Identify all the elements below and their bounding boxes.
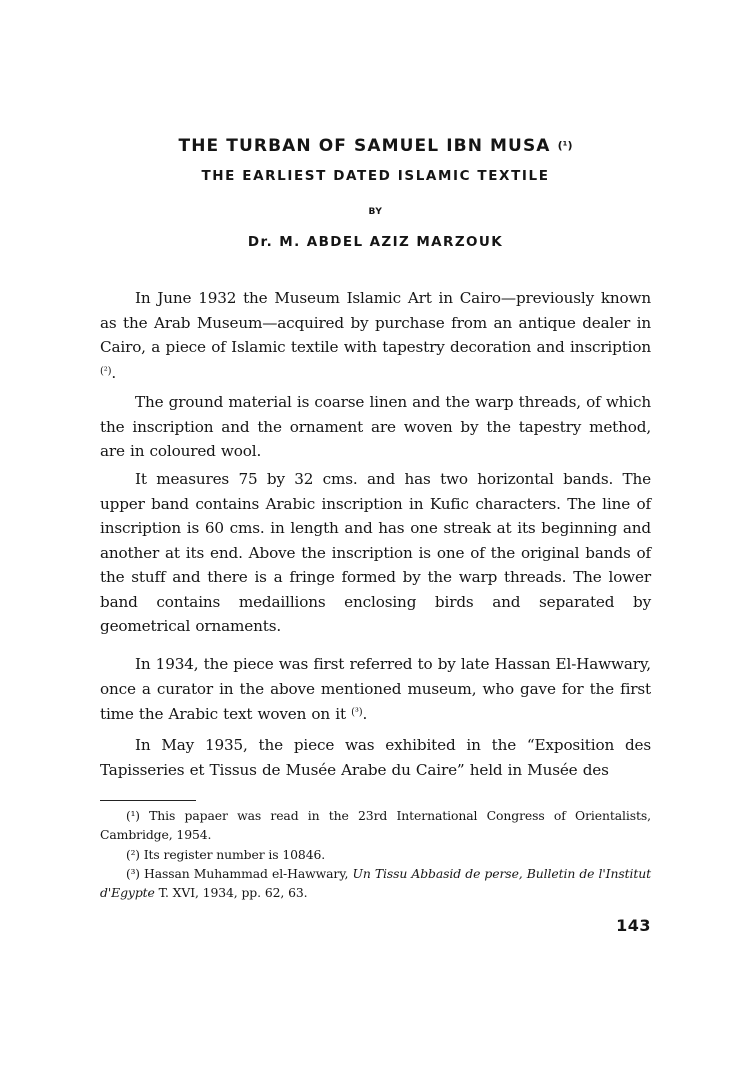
- title-footnote-mark: (¹): [558, 139, 573, 152]
- footnote-author: Hassan Muhammad el-Hawwary,: [144, 866, 348, 881]
- paragraph-text: In June 1932 the Museum Islamic Art in C…: [100, 289, 651, 356]
- paragraph-measurements: It measures 75 by 32 cms. and has two ho…: [100, 467, 651, 639]
- page-number: 143: [611, 916, 651, 935]
- footnote-citation-details: T. XVI, 1934, pp. 62, 63.: [159, 885, 308, 900]
- title-text: THE TURBAN OF SAMUEL IBN MUSA: [179, 136, 551, 156]
- footnote-mark: (³): [126, 867, 140, 881]
- paragraph-tail: .: [111, 364, 116, 382]
- paragraph-first-reference: In 1934, the piece was first referred to…: [100, 652, 651, 727]
- footnote-2: (²) Its register number is 10846.: [100, 846, 651, 865]
- footnote-text: This papaer was read in the 23rd Interna…: [100, 808, 651, 842]
- by-line: BY: [100, 207, 651, 217]
- footnote-ref-3: (³): [351, 707, 362, 718]
- author-name: Dr. M. ABDEL AZIZ MARZOUK: [100, 234, 651, 250]
- paragraph-tail: .: [362, 705, 367, 723]
- footnote-mark: (¹): [126, 809, 140, 823]
- paragraph-text: It measures 75 by 32 cms. and has two ho…: [100, 470, 651, 635]
- paragraph-text: The ground material is coarse linen and …: [100, 393, 651, 460]
- footnote-ref-2: (²): [100, 366, 111, 377]
- footnote-3: (³) Hassan Muhammad el-Hawwary, Un Tissu…: [100, 865, 651, 902]
- footnote-mark: (²): [126, 848, 140, 862]
- paragraph-text: In May 1935, the piece was exhibited in …: [100, 736, 651, 779]
- article-subtitle: THE EARLIEST DATED ISLAMIC TEXTILE: [100, 168, 651, 184]
- paragraph-exhibition: In May 1935, the piece was exhibited in …: [100, 733, 651, 782]
- article-title: THE TURBAN OF SAMUEL IBN MUSA (¹): [100, 136, 651, 156]
- footnote-divider: [100, 800, 196, 801]
- footnote-1: (¹) This papaer was read in the 23rd Int…: [100, 807, 651, 844]
- paragraph-text: In 1934, the piece was first referred to…: [100, 655, 651, 723]
- paragraph-material: The ground material is coarse linen and …: [100, 390, 651, 464]
- paragraph-acquisition: In June 1932 the Museum Islamic Art in C…: [100, 286, 651, 385]
- footnote-text: Its register number is 10846.: [144, 847, 325, 862]
